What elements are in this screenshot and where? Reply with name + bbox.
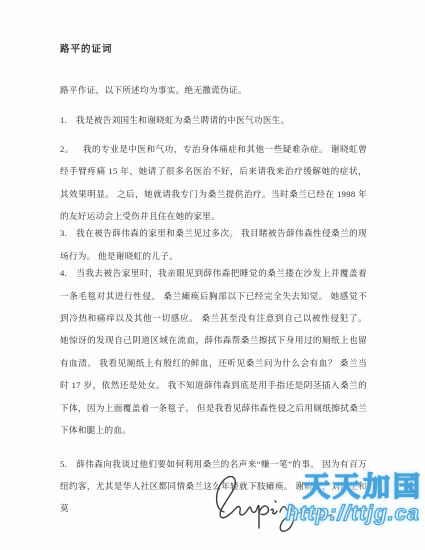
paragraph-text: 我是被告刘国生和谢晓虹为桑兰聘请的中医气功医生。 xyxy=(76,115,289,125)
paragraph-number: 2。 xyxy=(60,144,74,154)
paragraph-text: 我的专业是中医和气功，专治身体痛症和其他一些疑难杂症。 谢晓虹曾经手臂疼痛 15… xyxy=(60,144,367,221)
handwritten-signature-luping xyxy=(208,468,336,536)
paragraph-number: 4. xyxy=(60,268,67,278)
paragraph-text: 我在被告薛伟森的家里和桑兰见过多次。 我目睹被告薛伟森性侵桑兰的现场行为。 他是… xyxy=(60,228,367,260)
testimony-paragraph-2: 2。我的专业是中医和气功，专治身体痛症和其他一些疑难杂症。 谢晓虹曾经手臂疼痛 … xyxy=(60,138,367,228)
paragraph-number: 3. xyxy=(60,228,67,238)
testimony-paragraph-4: 4.当我去被告家里时，我亲眼见到薛伟森把睡觉的桑兰搂在沙发上并覆盖着一条毛毯对其… xyxy=(60,262,367,441)
testimony-paragraph-3: 3.我在被告薛伟森的家里和桑兰见过多次。 我目睹被告薛伟森性侵桑兰的现场行为。 … xyxy=(60,222,367,267)
document-title: 路平的证词 xyxy=(60,44,367,56)
paragraph-number: 1. xyxy=(60,115,67,125)
paragraph-number: 5. xyxy=(60,459,67,469)
testimony-paragraph-1: 1.我是被告刘国生和谢晓虹为桑兰聘请的中医气功医生。 xyxy=(60,109,367,131)
paragraph-text: 当我去被告家里时，我亲眼见到薛伟森把睡觉的桑兰搂在沙发上并覆盖着一条毛毯对其进行… xyxy=(60,268,367,435)
testimony-document-page: 路平的证词 路平作证，以下所述均为事实。绝无撒谎伪证。 1.我是被告刘国生和谢晓… xyxy=(0,0,425,550)
oath-statement: 路平作证，以下所述均为事实。绝无撒谎伪证。 xyxy=(60,79,367,101)
